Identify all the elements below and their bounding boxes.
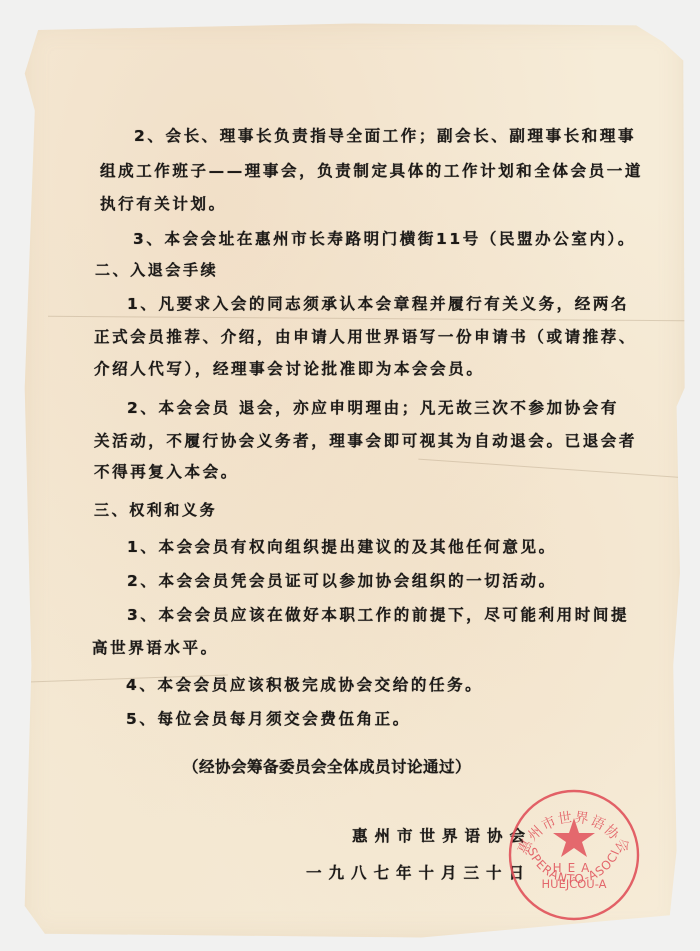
text-line: 3、本会会员应该在做好本职工作的前提下，尽可能利用时间提 <box>127 608 629 624</box>
signature-date: 一九八七年十月三十日 <box>306 866 531 882</box>
official-seal: 惠州市世界语协会 ESPERANTO-ASOCIO HEA HUEJĈOU-A <box>507 788 641 922</box>
signature-organization: 惠州市世界语协会 <box>352 829 532 845</box>
text-line: 执行有关计划。 <box>100 197 227 213</box>
text-line: 正式会员推荐、介绍，由申请人用世界语写一份申请书（或请推荐、 <box>94 330 637 346</box>
text-line: 组成工作班子——理事会，负责制定具体的工作计划和全体会员一道 <box>100 164 643 180</box>
text-line: 2、会长、理事长负责指导全面工作；副会长、副理事长和理事 <box>134 129 636 145</box>
text-line: 3、本会会址在惠州市长寿路明门横街11号（民盟办公室内）。 <box>133 232 636 248</box>
seal-city-text: HUEJĈOU-A <box>542 876 607 891</box>
text-line: 4、本会会员应该积极完成协会交给的任务。 <box>126 678 483 694</box>
section-heading: 二、入退会手续 <box>95 263 218 278</box>
text-line: 介绍人代写），经理事会讨论批准即为本会会员。 <box>94 362 484 378</box>
seal-abbreviation: HEA <box>553 861 596 875</box>
text-line: 2、本会会员 退会，亦应申明理由；凡无故三次不参加协会有 <box>127 401 619 417</box>
text-line: 1、凡要求入会的同志须承认本会章程并履行有关义务，经两名 <box>127 297 629 313</box>
paper-crease <box>418 459 687 479</box>
text-line: 2、本会会员凭会员证可以参加协会组织的一切活动。 <box>127 574 557 590</box>
section-heading: 三、权利和义务 <box>94 503 217 518</box>
text-line: 不得再复入本会。 <box>94 465 239 481</box>
text-line: 关活动，不履行协会义务者，理事会即可视其为自动退会。已退会者 <box>94 434 637 450</box>
text-line: 5、每位会员每月须交会费伍角正。 <box>126 712 411 728</box>
paper-crease <box>48 316 688 321</box>
text-line: 高世界语水平。 <box>92 641 219 657</box>
text-line: 1、本会会员有权向组织提出建议的及其他任何意见。 <box>127 540 557 556</box>
approval-note: （经协会筹备委员会全体成员讨论通过） <box>183 760 471 776</box>
